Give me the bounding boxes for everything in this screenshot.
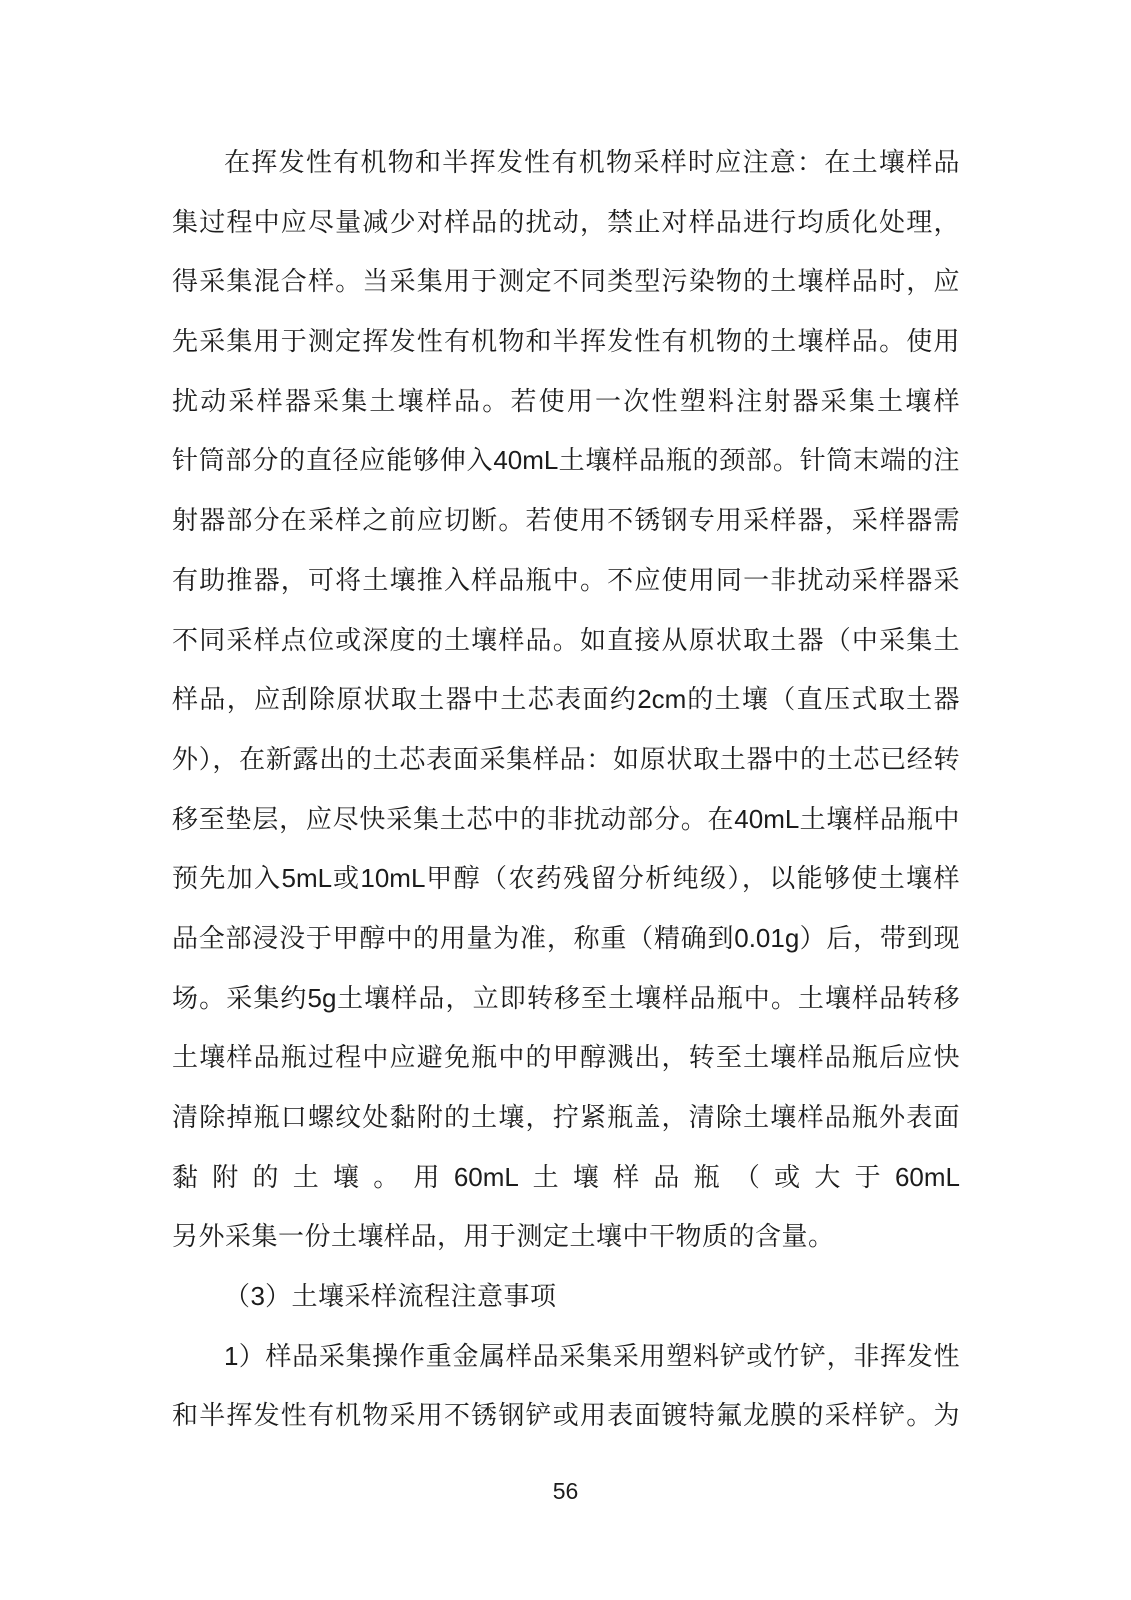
paragraph: 1）样品采集操作重金属样品采集采用塑料铲或竹铲，非挥发性和半挥发性有机物采用不锈… [172,1327,960,1446]
text-line: 外），在新露出的土芯表面采集样品：如原状取土器中的土芯已经转 [172,730,960,790]
paragraph: 在挥发性有机物和半挥发性有机物采样时应注意：在土壤样品采集过程中应尽量减少对样品… [172,133,960,1267]
text-line: 先采集用于测定挥发性有机物和半挥发性有机物的土壤样品。使用非 [172,312,960,372]
text-line: 扰动采样器采集土壤样品。若使用一次性塑料注射器采集土壤样品， [172,372,960,432]
text-line: 和半挥发性有机物采用不锈钢铲或用表面镀特氟龙膜的采样铲。为避 [172,1386,960,1446]
latin-text: 5mL [282,863,333,893]
text-line: 在挥发性有机物和半挥发性有机物采样时应注意：在土壤样品采 [172,133,960,193]
latin-text: 60mL [454,1162,519,1192]
latin-text: 0.01g [734,923,799,953]
document-body: 在挥发性有机物和半挥发性有机物采样时应注意：在土壤样品采集过程中应尽量减少对样品… [172,133,960,1446]
text-line: 集过程中应尽量减少对样品的扰动，禁止对样品进行均质化处理，不 [172,193,960,253]
paragraph: （3）土壤采样流程注意事项 [172,1267,960,1327]
text-line: 射器部分在采样之前应切断。若使用不锈钢专用采样器，采样器需配 [172,491,960,551]
text-line: 土壤样品瓶过程中应避免瓶中的甲醇溅出，转至土壤样品瓶后应快速 [172,1028,960,1088]
text-line: 样品，应刮除原状取土器中土芯表面约2cm的土壤（直压式取土器除 [172,670,960,730]
latin-text: 5g [308,983,337,1013]
text-line: 另外采集一份土壤样品，用于测定土壤中干物质的含量。 [172,1207,960,1267]
latin-text: 60mL [895,1162,960,1192]
latin-text: 2cm [637,684,686,714]
page-footer: 56 [0,1478,1131,1505]
latin-text: 1 [224,1341,238,1371]
text-line: 移至垫层，应尽快采集土芯中的非扰动部分。在40mL土壤样品瓶中 [172,790,960,850]
page-number: 56 [553,1478,579,1504]
latin-text: 40mL [493,445,558,475]
text-line: 不同采样点位或深度的土壤样品。如直接从原状取土器（中采集土壤 [172,611,960,671]
text-line: 得采集混合样。当采集用于测定不同类型污染物的土壤样品时，应优 [172,252,960,312]
text-line: 清除掉瓶口螺纹处黏附的土壤，拧紧瓶盖，清除土壤样品瓶外表面上 [172,1088,960,1148]
text-line: 场。采集约5g土壤样品，立即转移至土壤样品瓶中。土壤样品转移至 [172,969,960,1029]
text-line: 针筒部分的直径应能够伸入40mL土壤样品瓶的颈部。针筒末端的注 [172,431,960,491]
text-line: 预先加入5mL或10mL甲醇（农药残留分析纯级），以能够使土壤样 [172,849,960,909]
latin-text: 40mL [734,804,799,834]
text-line: 有助推器，可将土壤推入样品瓶中。不应使用同一非扰动采样器采集 [172,551,960,611]
text-line: （3）土壤采样流程注意事项 [172,1267,960,1327]
text-line: 黏附的土壤。用60mL土壤样品瓶（或大于60mL其他规格的样品瓶） [172,1148,960,1208]
latin-text: 10mL [360,863,425,893]
latin-text: 3 [251,1281,265,1311]
document-page: 在挥发性有机物和半挥发性有机物采样时应注意：在土壤样品采集过程中应尽量减少对样品… [0,0,1131,1600]
text-line: 品全部浸没于甲醇中的用量为准，称重（精确到0.01g）后，带到现 [172,909,960,969]
text-line: 1）样品采集操作重金属样品采集采用塑料铲或竹铲，非挥发性 [172,1327,960,1387]
